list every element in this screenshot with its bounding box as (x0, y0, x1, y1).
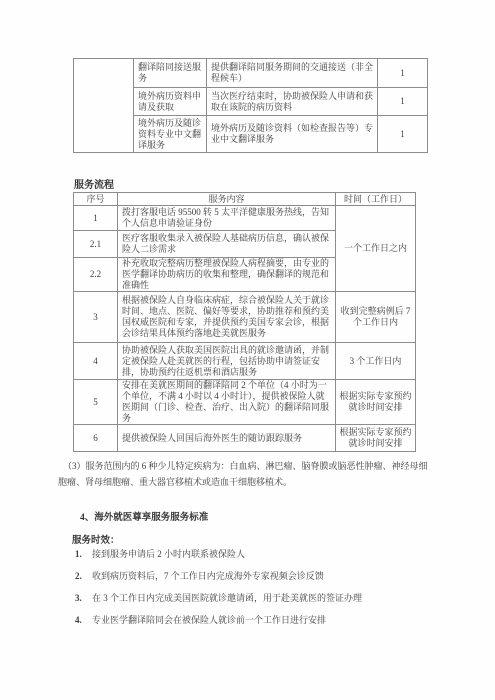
step-time-cell: 根据实际专家预约就诊时间安排 (336, 425, 416, 452)
col-header-content: 服务内容 (118, 193, 336, 206)
service-timeliness-heading: 服务时效： (72, 532, 120, 546)
step-no-cell: 5 (74, 380, 118, 425)
list-item-number: 4. (75, 615, 92, 626)
step-no-cell: 1 (74, 206, 118, 231)
table-header-row: 序号 服务内容 时间（工作日） (74, 193, 416, 206)
service-desc-cell: 当次医疗结束时，协助被保险人申请和获取在该院的病历资料 (207, 88, 378, 116)
document-page: 翻译陪同接送服务 提供翻译陪同服务期间的交通接送（非全程候车） 1 境外病历资料… (0, 0, 495, 700)
step-no-cell: 2.1 (74, 231, 118, 258)
service-name-cell: 境外病历及随诊资料专业中文翻译服务 (134, 116, 207, 153)
service-desc-cell: 境外病历及随诊资料（如检查报告等）专业中文翻译服务 (207, 116, 378, 153)
step-no-cell: 6 (74, 425, 118, 452)
quantity-cell: 1 (378, 88, 428, 116)
list-item-number: 2. (75, 571, 92, 582)
step-content-cell: 根据被保险人自身临床病症，综合被保险人关于就诊时间、地点、医院、偏好等要求，协助… (118, 292, 336, 343)
section4-heading: 4、海外就医尊享服务服务标准 (80, 509, 208, 523)
step-no-cell: 3 (74, 292, 118, 343)
list-item: 4. 专业医学翻译陪同会在被保险人就诊前一个工作日进行安排 (75, 615, 437, 626)
list-item-text: 收到病历资料后，7 个工作日内完成海外专家视频会诊反馈 (92, 571, 437, 582)
step-no-cell: 2.2 (74, 258, 118, 292)
merged-empty-cell (74, 59, 134, 153)
col-header-no: 序号 (74, 193, 118, 206)
step-time-cell: 收到完整病例后 7 个工作日内 (336, 292, 416, 343)
scope-note-paragraph: （3）服务范围内的 6 种少儿特定疾病为：白血病、淋巴瘤、脑脊膜或脑恶性肿瘤、神… (58, 458, 434, 490)
service-name-cell: 境外病历资料申请及获取 (134, 88, 207, 116)
process-heading: 服务流程 (74, 176, 114, 191)
step-no-cell: 4 (74, 343, 118, 380)
service-name-cell: 翻译陪同接送服务 (134, 59, 207, 88)
step-content-cell: 提供被保险人回国后海外医生的随访跟踪服务 (118, 425, 336, 452)
list-item: 1. 接到服务申请后 2 小时内联系被保险人 (75, 549, 437, 560)
quantity-cell: 1 (378, 116, 428, 153)
step-content-cell: 协助被保险人获取美国医院出具的就诊邀请函，并制定被保险人赴美就医的行程，包括协助… (118, 343, 336, 380)
list-item: 2. 收到病历资料后，7 个工作日内完成海外专家视频会诊反馈 (75, 571, 437, 582)
step-time-cell: 3 个工作日内 (336, 343, 416, 380)
list-item: 3. 在 3 个工作日内完成美国医院就诊邀请函，用于赴美就医的签证办理 (75, 593, 437, 604)
table-row: 3 根据被保险人自身临床病症，综合被保险人关于就诊时间、地点、医院、偏好等要求，… (74, 292, 416, 343)
table-row: 5 安排在美就医期间的翻译陪同 2 个单位（4 小时为一个单位，不满 4 小时以… (74, 380, 416, 425)
list-item-text: 在 3 个工作日内完成美国医院就诊邀请函，用于赴美就医的签证办理 (92, 593, 437, 604)
service-desc-cell: 提供翻译陪同服务期间的交通接送（非全程候车） (207, 59, 378, 88)
timeliness-list: 1. 接到服务申请后 2 小时内联系被保险人 2. 收到病历资料后，7 个工作日… (75, 549, 437, 637)
table-row: 1 拨打客服电话 95500 转 5 太平洋健康服务热线，告知个人信息申请验证身… (74, 206, 416, 231)
list-item-text: 专业医学翻译陪同会在被保险人就诊前一个工作日进行安排 (92, 615, 437, 626)
step-content-cell: 安排在美就医期间的翻译陪同 2 个单位（4 小时为一个单位，不满 4 小时以 4… (118, 380, 336, 425)
list-item-number: 1. (75, 549, 92, 560)
step-content-cell: 医疗客服收集录入被保险人基础病历信息，确认被保险人二诊需求 (118, 231, 336, 258)
table-row: 6 提供被保险人回国后海外医生的随访跟踪服务 根据实际专家预约就诊时间安排 (74, 425, 416, 452)
step-content-cell: 补充收取完整病历整理被保险人病程摘要，由专业的医学翻译协助病历的收集和整理，确保… (118, 258, 336, 292)
carryover-service-table: 翻译陪同接送服务 提供翻译陪同服务期间的交通接送（非全程候车） 1 境外病历资料… (73, 58, 428, 153)
list-item-text: 接到服务申请后 2 小时内联系被保险人 (92, 549, 437, 560)
quantity-cell: 1 (378, 59, 428, 88)
col-header-time: 时间（工作日） (336, 193, 416, 206)
list-item-number: 3. (75, 593, 92, 604)
step-content-cell: 拨打客服电话 95500 转 5 太平洋健康服务热线，告知个人信息申请验证身份 (118, 206, 336, 231)
step-time-cell-merged: 一个工作日之内 (336, 206, 416, 292)
table-row: 翻译陪同接送服务 提供翻译陪同服务期间的交通接送（非全程候车） 1 (74, 59, 428, 88)
step-time-cell: 根据实际专家预约就诊时间安排 (336, 380, 416, 425)
process-table: 序号 服务内容 时间（工作日） 1 拨打客服电话 95500 转 5 太平洋健康… (73, 192, 416, 452)
table-row: 4 协助被保险人获取美国医院出具的就诊邀请函，并制定被保险人赴美就医的行程，包括… (74, 343, 416, 380)
